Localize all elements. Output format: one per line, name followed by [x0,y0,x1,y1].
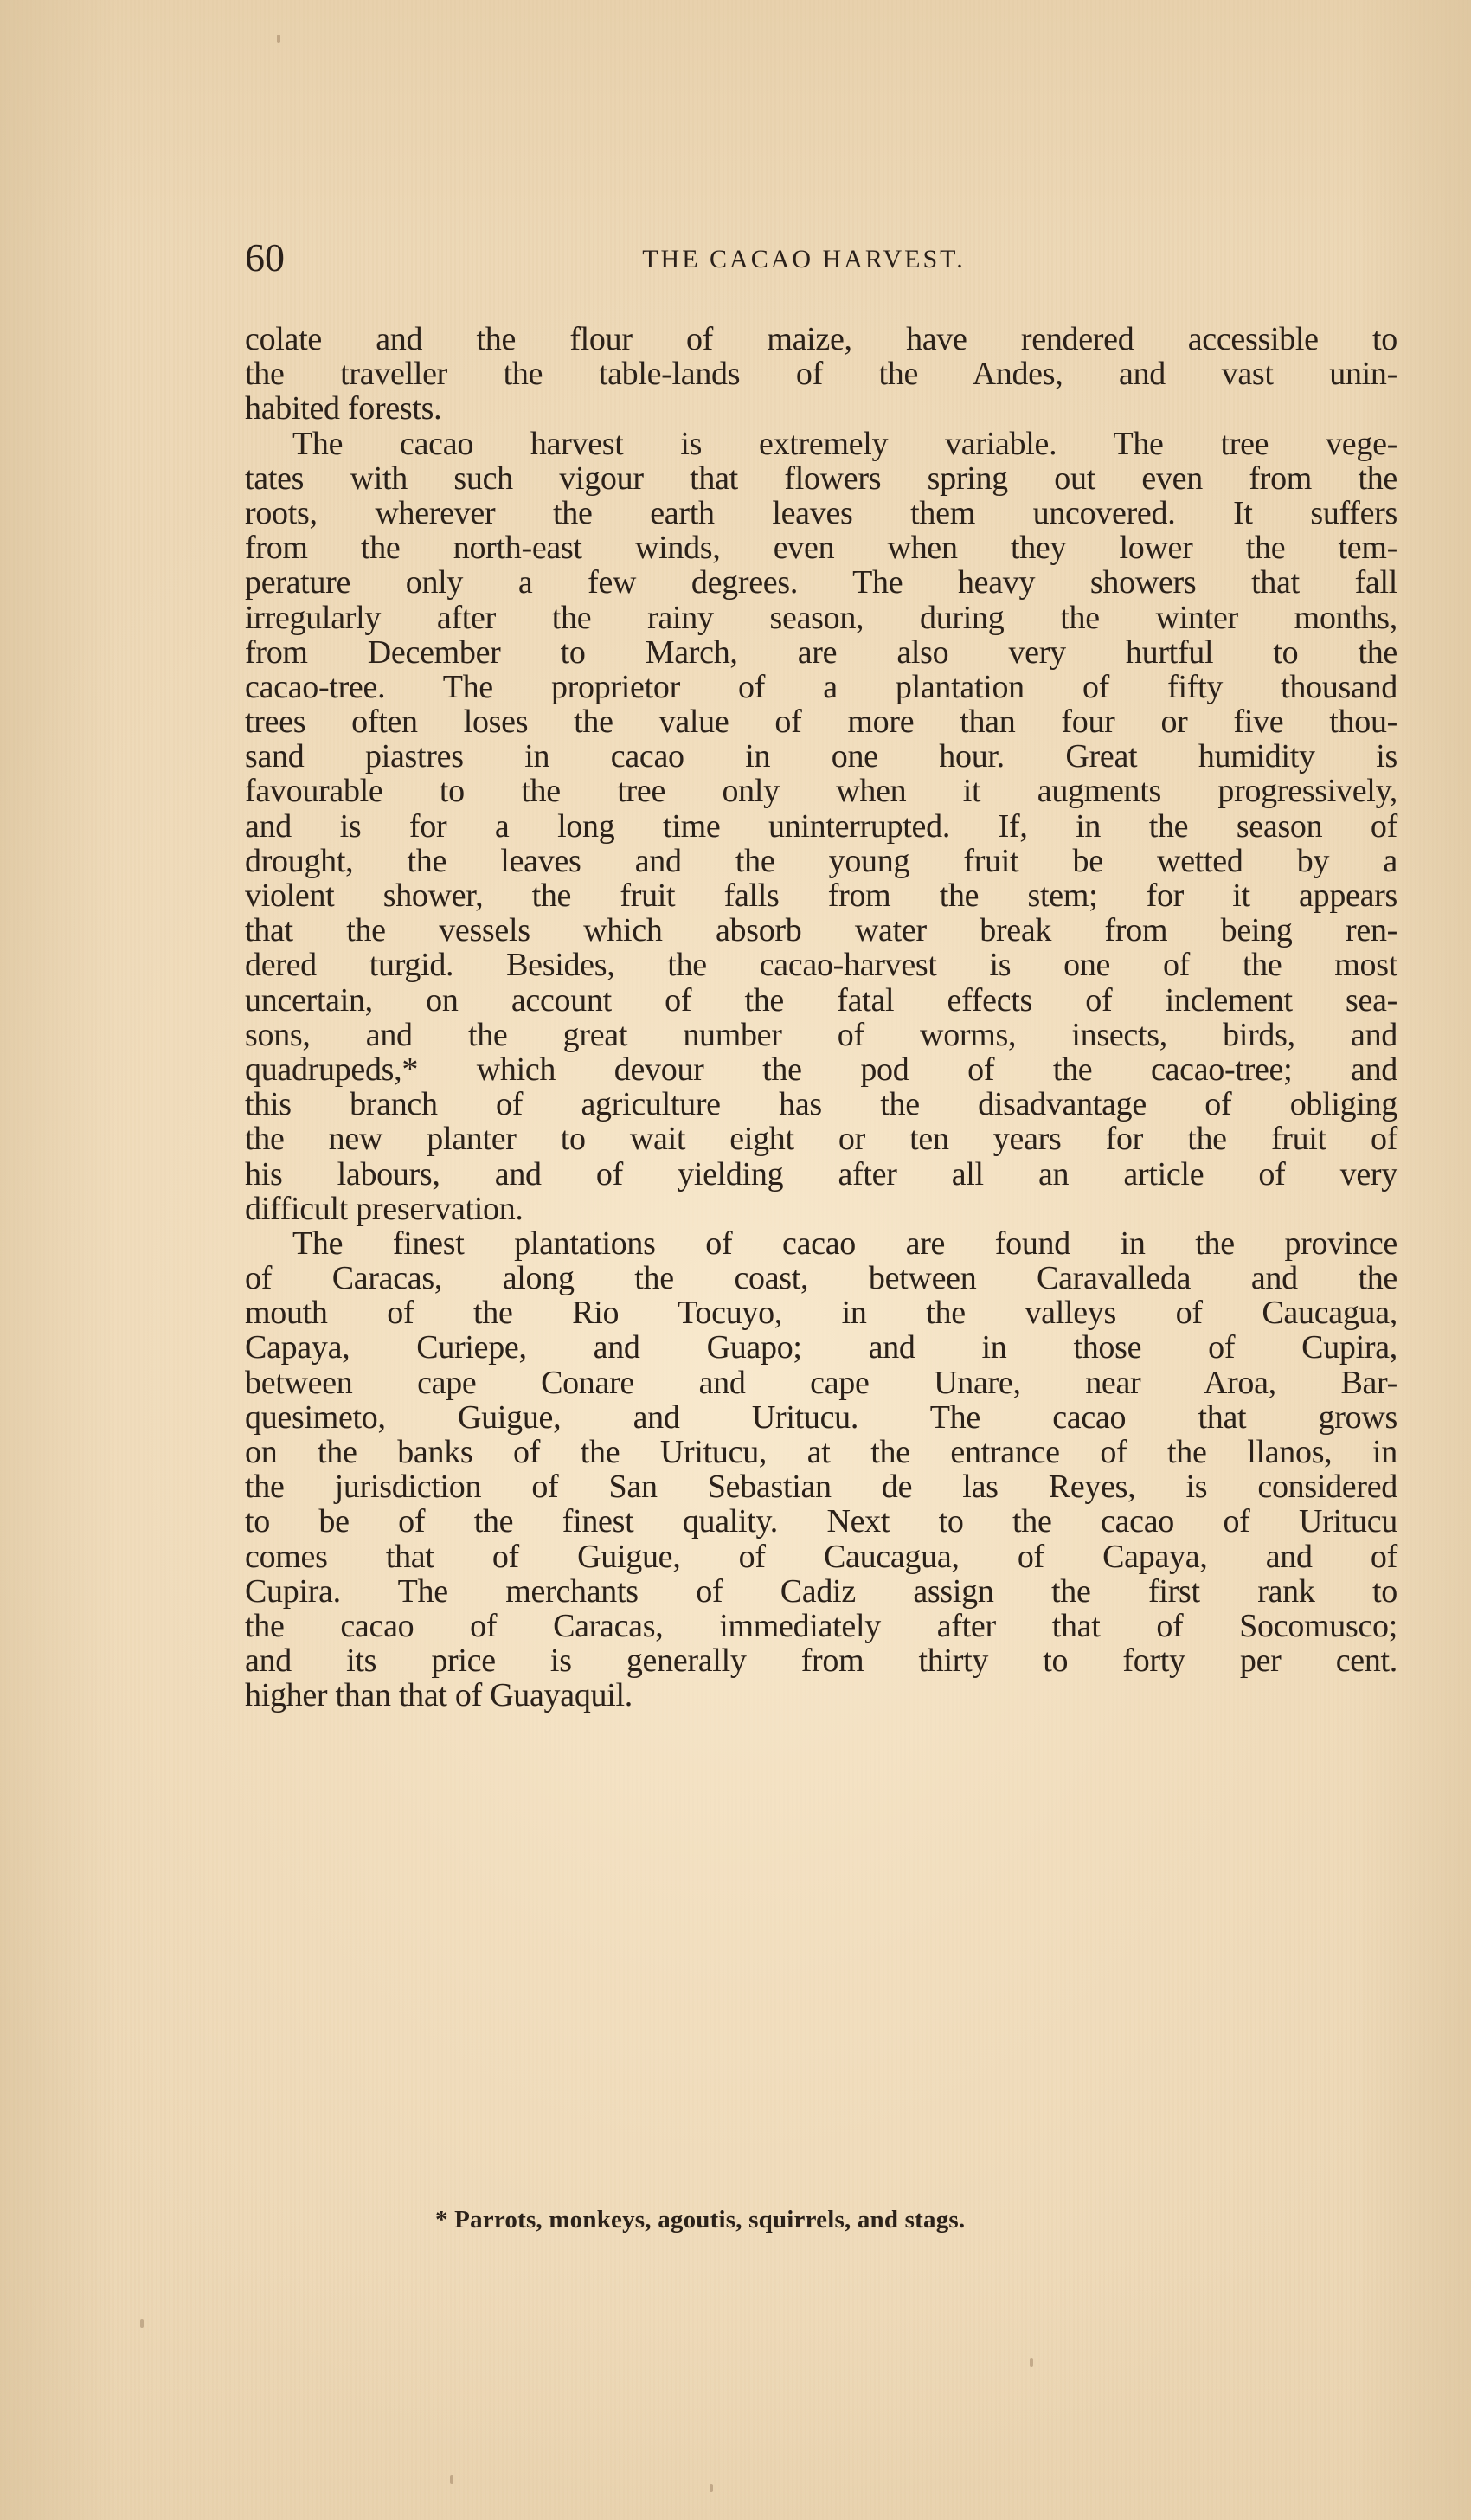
text-line: difficult preservation. [245,1192,1397,1226]
text-line: dered turgid. Besides, the cacao-harvest… [245,948,1397,982]
text-line: The cacao harvest is extremely variable.… [245,427,1397,461]
text-line: Capaya, Curiepe, and Guapo; and in those… [245,1330,1397,1365]
paper-speck [277,35,280,43]
text-line: from December to March, are also very hu… [245,635,1397,670]
text-line: of Caracas, along the coast, between Car… [245,1261,1397,1295]
text-line: higher than that of Guayaquil. [245,1678,1397,1713]
text-line: to be of the finest quality. Next to the… [245,1504,1397,1539]
body-text: colate and the flour of maize, have rend… [245,322,1397,1713]
text-line: mouth of the Rio Tocuyo, in the valleys … [245,1295,1397,1330]
text-line: quadrupeds,* which devour the pod of the… [245,1052,1397,1087]
text-line: tates with such vigour that flowers spri… [245,461,1397,496]
text-line: and its price is generally from thirty t… [245,1643,1397,1678]
text-line: The finest plantations of cacao are foun… [245,1226,1397,1261]
text-line: quesimeto, Guigue, and Uritucu. The caca… [245,1400,1397,1435]
text-line: comes that of Guigue, of Caucagua, of Ca… [245,1540,1397,1574]
text-line: and is for a long time uninterrupted. If… [245,809,1397,844]
paper-speck [1030,2358,1033,2367]
text-line: sons, and the great number of worms, ins… [245,1018,1397,1052]
paper-speck [140,2319,144,2328]
running-head: 60 THE CACAO HARVEST. [245,235,1397,280]
text-line: on the banks of the Uritucu, at the entr… [245,1435,1397,1469]
text-line: roots, wherever the earth leaves them un… [245,496,1397,530]
text-line: Cupira. The merchants of Cadiz assign th… [245,1574,1397,1609]
text-line: this branch of agriculture has the disad… [245,1087,1397,1122]
text-line: violent shower, the fruit falls from the… [245,878,1397,913]
text-line: uncertain, on account of the fatal effec… [245,983,1397,1018]
text-line: cacao-tree. The proprietor of a plantati… [245,670,1397,704]
text-line: his labours, and of yielding after all a… [245,1157,1397,1192]
text-line: habited forests. [245,391,1397,426]
text-line: colate and the flour of maize, have rend… [245,322,1397,357]
text-line: perature only a few degrees. The heavy s… [245,565,1397,600]
text-line: the new planter to wait eight or ten yea… [245,1122,1397,1156]
text-line: the jurisdiction of San Sebastian de las… [245,1469,1397,1504]
text-line: between cape Conare and cape Unare, near… [245,1366,1397,1400]
running-title: THE CACAO HARVEST. [245,239,1397,280]
text-line: irregularly after the rainy season, duri… [245,601,1397,635]
paper-speck [450,2475,453,2484]
text-line: sand piastres in cacao in one hour. Grea… [245,739,1397,774]
text-line: that the vessels which absorb water brea… [245,913,1397,948]
footnote: * Parrots, monkeys, agoutis, squirrels, … [435,2202,965,2237]
text-line: trees often loses the value of more than… [245,704,1397,739]
text-line: favourable to the tree only when it augm… [245,774,1397,808]
text-line: the traveller the table-lands of the And… [245,357,1397,391]
paper-speck [710,2484,713,2492]
text-line: drought, the leaves and the young fruit … [245,844,1397,878]
text-line: from the north-east winds, even when the… [245,530,1397,565]
text-line: the cacao of Caracas, immediately after … [245,1609,1397,1643]
